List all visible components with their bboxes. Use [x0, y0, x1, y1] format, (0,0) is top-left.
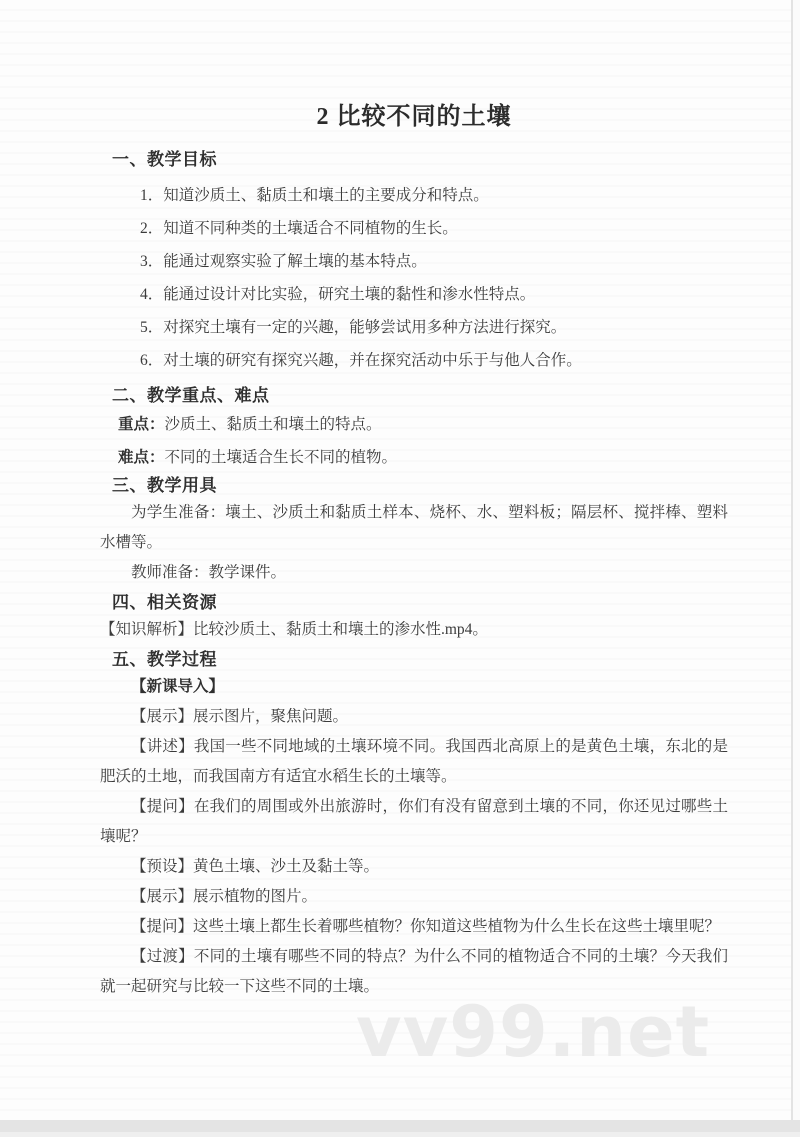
process-paragraph: 【提问】在我们的周围或外出旅游时，你们有没有留意到土壤的不同，你还见过哪些土壤呢…: [100, 792, 728, 852]
section-heading-resources: 四、相关资源: [112, 591, 728, 615]
section-heading-process: 五、教学过程: [112, 648, 728, 672]
process-paragraph: 【展示】展示植物的图片。: [100, 882, 728, 912]
objective-item: 3．能通过观察实验了解土壤的基本特点。: [100, 245, 728, 278]
watermark: vv99.net: [356, 997, 710, 1067]
key-point-label: 重点：: [118, 416, 165, 433]
lead-in-subheading: 【新课导入】: [100, 672, 728, 702]
difficult-point-text: 不同的土壤适合生长不同的植物。: [165, 449, 398, 466]
process-paragraph: 【提问】这些土壤上都生长着哪些植物？你知道这些植物为什么生长在这些土壤里呢？: [100, 912, 728, 942]
objective-item: 4．能通过设计对比实验，研究土壤的黏性和渗水性特点。: [100, 278, 728, 311]
section-heading-key-points: 二、教学重点、难点: [112, 384, 728, 408]
difficult-point: 难点：不同的土壤适合生长不同的植物。: [100, 441, 728, 474]
bottom-background-strip: [0, 1120, 800, 1132]
section-heading-objectives: 一、教学目标: [112, 148, 728, 172]
doc-title: 2 比较不同的土壤: [100, 0, 728, 132]
process-paragraph: 【预设】黄色土壤、沙土及黏土等。: [100, 852, 728, 882]
process-paragraph: 【展示】展示图片，聚焦问题。: [100, 702, 728, 732]
bottom-background-strip-light: [0, 1132, 800, 1137]
key-point-text: 沙质土、黏质土和壤土的特点。: [165, 416, 382, 433]
difficult-point-label: 难点：: [118, 449, 165, 466]
objectives-list: 1．知道沙质土、黏质土和壤土的主要成分和特点。 2．知道不同种类的土壤适合不同植…: [100, 179, 728, 377]
objective-item: 5．对探究土壤有一定的兴趣，能够尝试用多种方法进行探究。: [100, 311, 728, 344]
document-viewer: vv99.net 2 比较不同的土壤 一、教学目标 1．知道沙质土、黏质土和壤土…: [0, 0, 800, 1137]
process-paragraph: 【过渡】不同的土壤有哪些不同的特点？为什么不同的植物适合不同的土壤？今天我们就一…: [100, 942, 728, 1002]
document-page: vv99.net 2 比较不同的土壤 一、教学目标 1．知道沙质土、黏质土和壤土…: [0, 0, 791, 1120]
objective-item: 6．对土壤的研究有探究兴趣，并在探究活动中乐于与他人合作。: [100, 344, 728, 377]
objective-item: 2．知道不同种类的土壤适合不同植物的生长。: [100, 212, 728, 245]
page-content: 2 比较不同的土壤 一、教学目标 1．知道沙质土、黏质土和壤土的主要成分和特点。…: [100, 0, 728, 1002]
tools-paragraph: 教师准备：教学课件。: [100, 558, 728, 588]
objective-item: 1．知道沙质土、黏质土和壤土的主要成分和特点。: [100, 179, 728, 212]
resource-paragraph: 【知识解析】比较沙质土、黏质土和壤土的渗水性.mp4。: [100, 615, 728, 645]
key-point: 重点：沙质土、黏质土和壤土的特点。: [100, 408, 728, 441]
tools-paragraph: 为学生准备：壤土、沙质土和黏质土样本、烧杯、水、塑料板；隔层杯、搅拌棒、塑料水槽…: [100, 498, 728, 558]
right-gutter: [793, 0, 800, 1120]
section-heading-tools: 三、教学用具: [112, 474, 728, 498]
process-paragraph: 【讲述】我国一些不同地域的土壤环境不同。我国西北高原上的是黄色土壤，东北的是肥沃…: [100, 732, 728, 792]
